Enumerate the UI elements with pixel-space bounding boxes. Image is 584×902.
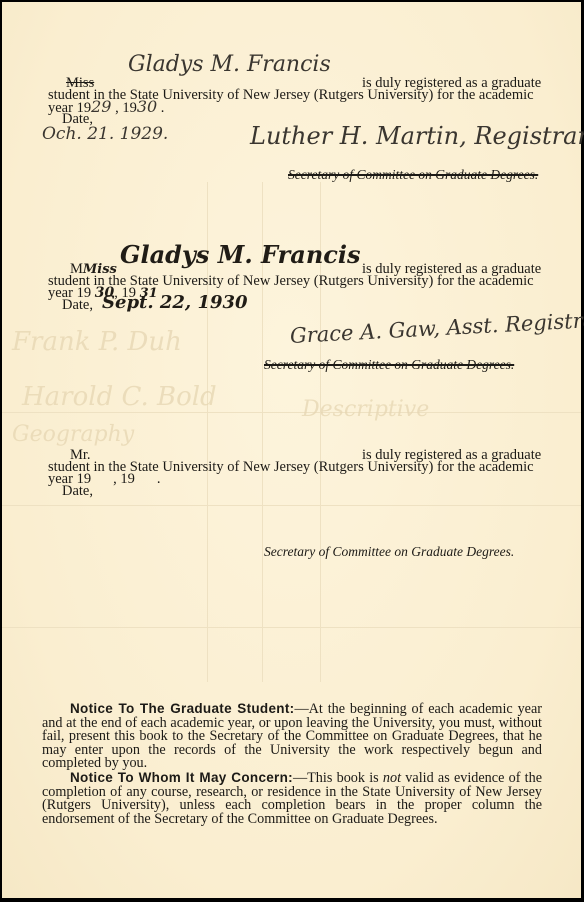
secretary-line: Secretary of Committee on Graduate Degre…: [264, 544, 514, 560]
date-label: Date,: [62, 484, 93, 498]
bleed-through-text: Geography: [12, 422, 134, 447]
notices: Notice To The Graduate Student:—At the b…: [42, 702, 542, 826]
handwritten-name: Gladys M. Francis: [120, 240, 361, 269]
handwritten-date: Och. 21. 1929.: [42, 124, 168, 144]
handwritten-date: Sept. 22, 1930: [102, 292, 248, 313]
secretary-line: Secretary of Committee on Graduate Degre…: [264, 357, 514, 373]
registrar-signature: Grace A. Gaw, Asst. Registrar: [289, 308, 584, 348]
year-start: 29: [91, 97, 111, 116]
notice-graduate-student: Notice To The Graduate Student:—At the b…: [42, 702, 542, 771]
document-page: Frank P. Duh Harold C. Bold Descriptive …: [2, 2, 581, 898]
bleed-through-text: Frank P. Duh: [12, 327, 182, 357]
notice-whom-it-may-concern: Notice To Whom It May Concern:—This book…: [42, 771, 542, 826]
date-label: Date,: [62, 298, 93, 312]
bleed-through-text: Harold C. Bold: [22, 382, 217, 412]
year-end: 30: [137, 97, 157, 116]
secretary-line: Secretary of Committee on Graduate Degre…: [288, 167, 538, 183]
bleed-grid-line: [2, 505, 581, 506]
handwritten-name: Gladys M. Francis: [128, 52, 331, 77]
bleed-grid-line: [2, 627, 581, 628]
bleed-grid-line: [2, 412, 581, 413]
registrar-signature: Luther H. Martin, Registrar: [250, 122, 584, 150]
bleed-through-text: Descriptive: [302, 397, 429, 422]
